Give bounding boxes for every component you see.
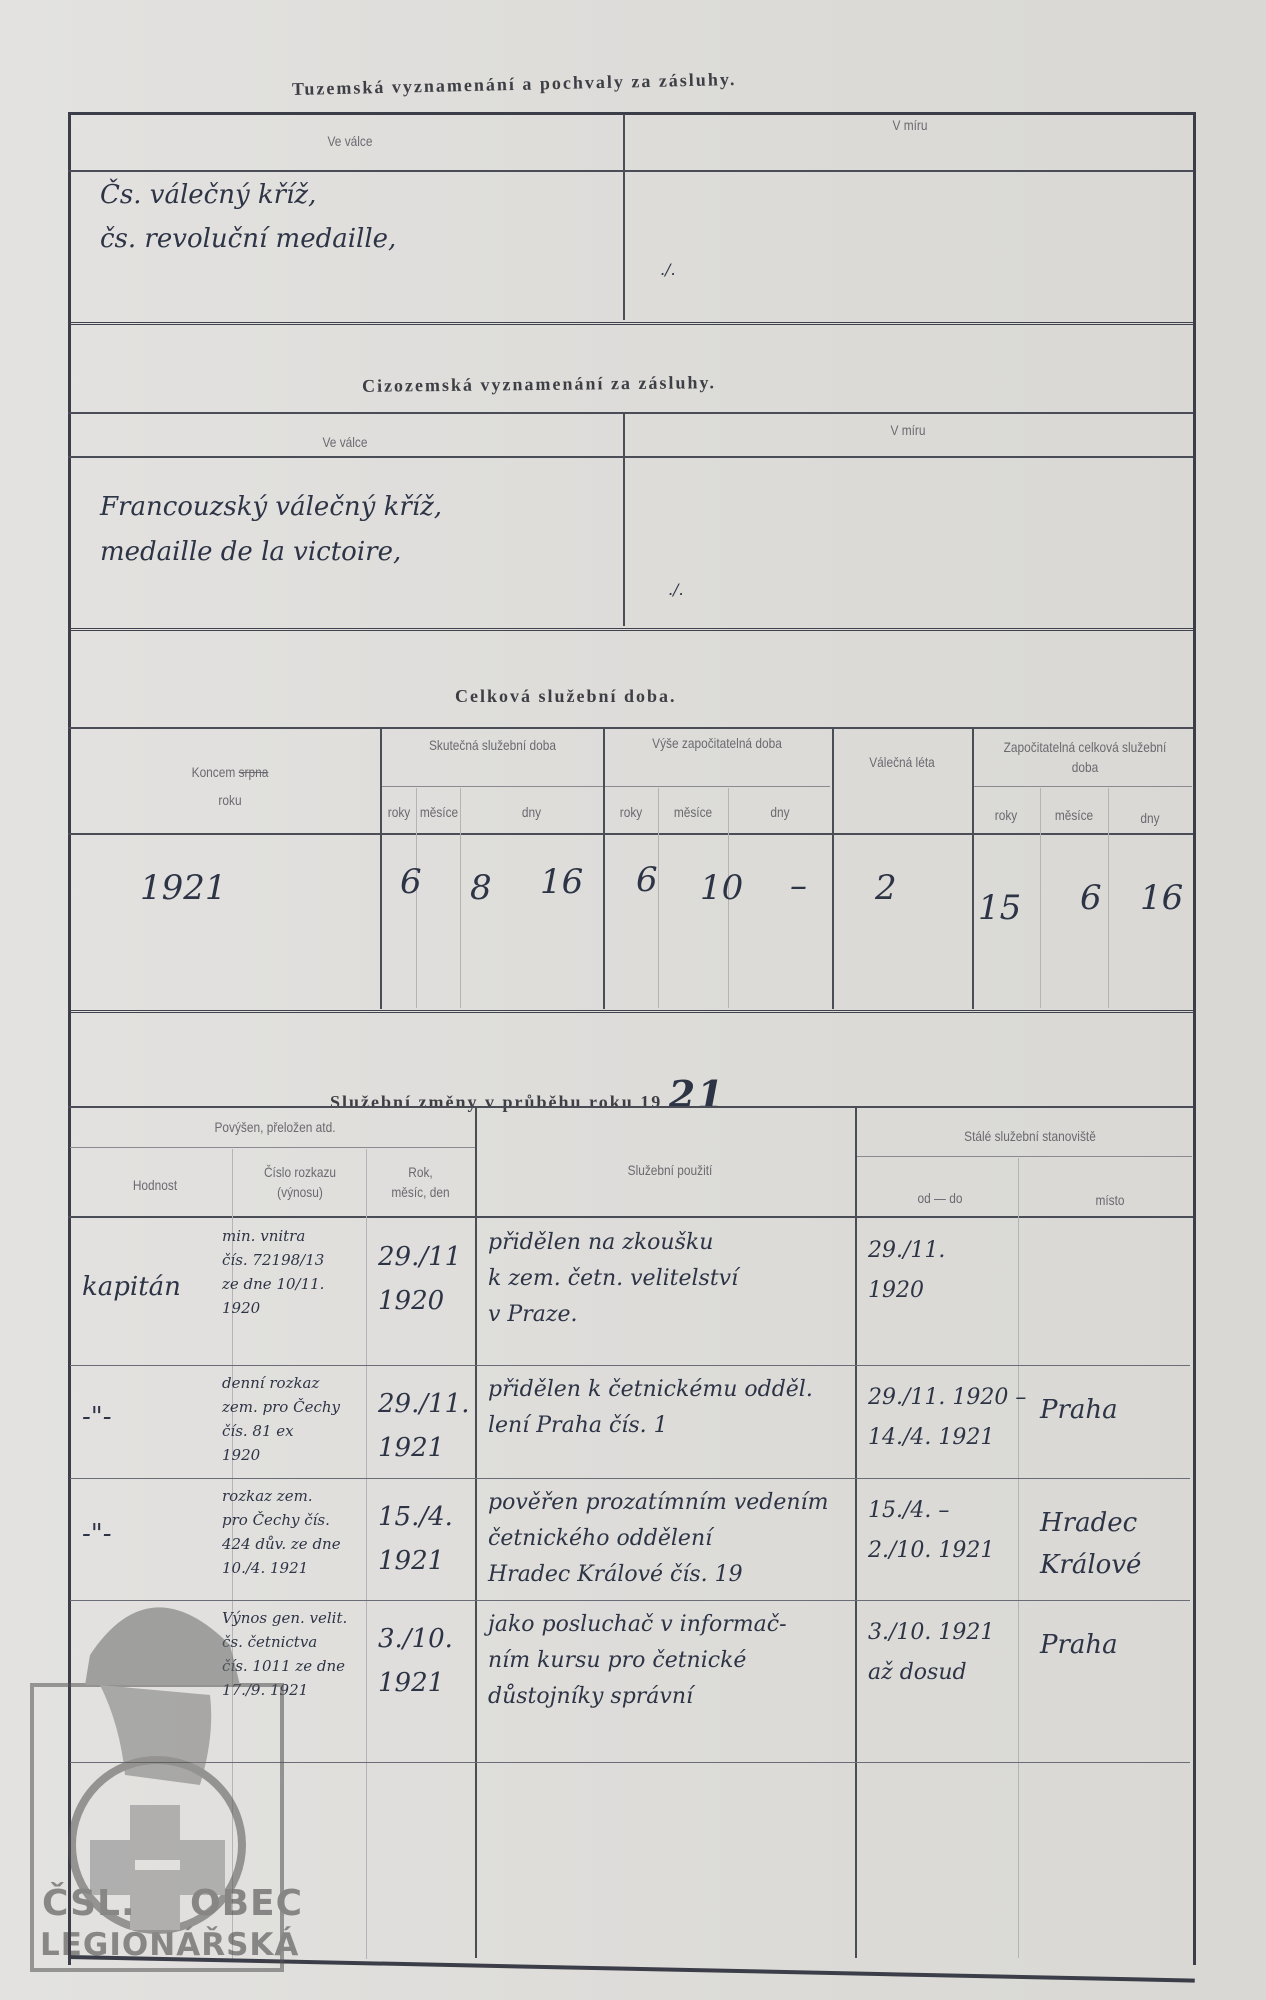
legion-logo-watermark: ČSL. OBEC LEGIONÁŘSKÁ: [30, 1575, 285, 1975]
skutecna-header: Skutečná služební doba: [414, 735, 571, 755]
od-do-cell: 3./10. 1921: [868, 1616, 994, 1650]
pouziti-header: Služební použití: [585, 1160, 755, 1180]
divider: [658, 788, 659, 1008]
sub-header: měsíce: [663, 802, 723, 822]
divider: [832, 729, 834, 1009]
sub-header: roky: [607, 802, 655, 822]
koncem-header: Koncem srpna: [145, 762, 315, 782]
sub-header: měsíce: [419, 802, 458, 822]
section1-col-war: Ve válce: [265, 131, 435, 151]
divider: [603, 729, 605, 1009]
document-page: Tuzemská vyznamenání a pochvaly za záslu…: [0, 0, 1266, 2000]
divider: [974, 786, 1192, 787]
pouziti-cell: četnického oddělení: [488, 1522, 712, 1556]
section2-peace-entry: ./.: [668, 578, 684, 602]
pouziti-cell: k zem. četn. velitelství: [488, 1262, 738, 1296]
cislo-cell: rozkaz zem.: [222, 1484, 313, 1508]
stanoviste-header: Stálé služební stanoviště: [920, 1126, 1141, 1146]
cislo-cell: zem. pro Čechy: [222, 1395, 340, 1419]
zapocitatelna-roky: 15: [978, 888, 1021, 928]
od-do-cell: 2./10. 1921: [868, 1534, 994, 1568]
vyse-header: Výše započitatelná doba: [636, 733, 798, 753]
divider: [68, 727, 1193, 729]
divider: [382, 786, 604, 787]
section2-war-entry: medaille de la victoire,: [100, 535, 401, 569]
divider: [972, 729, 974, 1009]
divider: [857, 1156, 1192, 1157]
section2-war-entry: Francouzský válečný kříž,: [100, 490, 442, 524]
misto-cell: Králové: [1040, 1548, 1141, 1582]
zapocitatelna-header: Započitatelná celková služební doba: [1000, 737, 1170, 777]
sub-header: dny: [471, 802, 593, 822]
pouziti-cell: důstojníky správní: [488, 1680, 693, 1714]
hodnost-header: Hodnost: [91, 1175, 219, 1195]
divider: [475, 1108, 477, 1958]
struck-word: srpna: [239, 764, 269, 780]
row-divider: [70, 1365, 1190, 1366]
od-do-cell: 29./11.: [868, 1234, 945, 1268]
valecna-header: Válečná léta: [851, 752, 953, 772]
datum-cell: 3./10.: [378, 1622, 453, 1656]
divider: [68, 1216, 1193, 1218]
section3-title: Celková služební doba.: [455, 686, 677, 707]
divider: [1018, 1158, 1019, 1958]
pouziti-cell: přidělen k četnickému odděl.: [488, 1373, 813, 1407]
section1-col-peace: V míru: [825, 115, 995, 135]
misto-header: místo: [1051, 1190, 1170, 1210]
zapocitatelna-mesice: 6: [1080, 878, 1102, 918]
cislo-cell: pro Čechy čís.: [222, 1508, 330, 1532]
misto-cell: Hradec: [1040, 1506, 1137, 1540]
section2-col-war: Ve válce: [260, 432, 430, 452]
section1-title: Tuzemská vyznamenání a pochvaly za záslu…: [292, 69, 737, 100]
divider: [623, 414, 625, 626]
cislo-cell: 1920: [222, 1296, 260, 1320]
divider: [68, 833, 1193, 835]
vyse-mesice: 10: [700, 868, 743, 908]
pouziti-cell: přidělen na zkoušku: [488, 1226, 713, 1260]
section4-title: Služební změny v průběhu roku 19 21: [330, 1072, 726, 1117]
datum-cell: 29./11: [378, 1240, 461, 1274]
sub-header: roky: [977, 805, 1035, 825]
sub-header: dny: [736, 802, 824, 822]
pouziti-cell: ním kursu pro četnické: [488, 1644, 746, 1678]
cislo-header: Číslo rozkazu (výnosu): [244, 1162, 356, 1202]
divider: [68, 1106, 1193, 1108]
cislo-cell: ze dne 10/11.: [222, 1272, 324, 1296]
divider: [604, 786, 830, 787]
skutecna-roky: 6: [400, 862, 422, 902]
divider: [68, 322, 1193, 328]
divider: [623, 114, 625, 320]
od-do-header: od — do: [889, 1188, 991, 1208]
cislo-cell: 424 dův. ze dne: [222, 1532, 341, 1556]
row-divider: [70, 1478, 1190, 1479]
cislo-cell: čís. 72198/13: [222, 1248, 324, 1272]
divider: [366, 1149, 367, 1959]
divider: [68, 628, 1193, 634]
service-year: 1921: [140, 868, 227, 908]
vyse-dny: –: [790, 866, 807, 906]
section1-war-entry: Čs. válečný kříž,: [100, 178, 316, 212]
pouziti-cell: jako posluchač v informač-: [488, 1608, 787, 1642]
od-do-cell: 14./4. 1921: [868, 1421, 994, 1455]
datum-cell: 1920: [378, 1284, 444, 1318]
watermark-text: OBEC: [190, 1883, 303, 1924]
section1-war-entry: čs. revoluční medaille,: [100, 222, 396, 256]
cislo-cell: min. vnitra: [222, 1224, 305, 1248]
vyse-roky: 6: [636, 860, 658, 900]
section4-title-year: 21: [669, 1072, 726, 1117]
skutecna-dny: 16: [540, 862, 583, 902]
misto-cell: Praha: [1040, 1393, 1118, 1427]
povysen-header: Povýšen, přeložen atd.: [135, 1117, 416, 1137]
sub-header: měsíce: [1045, 805, 1103, 825]
divider: [68, 170, 1193, 172]
watermark-text: ČSL.: [42, 1883, 136, 1924]
od-do-cell: 29./11. 1920 –: [868, 1381, 1026, 1415]
cislo-cell: čís. 81 ex: [222, 1419, 294, 1443]
divider: [68, 456, 1193, 458]
hodnost-cell: -"-: [82, 1400, 112, 1434]
hodnost-cell: -"-: [82, 1517, 112, 1551]
pouziti-cell: lení Praha čís. 1: [488, 1409, 668, 1443]
od-do-cell: 1920: [868, 1274, 924, 1308]
divider: [1108, 788, 1109, 1008]
misto-cell: Praha: [1040, 1628, 1118, 1662]
sub-header: roky: [383, 802, 415, 822]
zapocitatelna-dny: 16: [1140, 878, 1183, 918]
datum-cell: 29./11.: [378, 1387, 469, 1421]
divider: [1040, 788, 1041, 1008]
skutecna-mesice: 8: [470, 868, 492, 908]
hodnost-cell: kapitán: [82, 1270, 181, 1304]
pouziti-cell: v Praze.: [488, 1298, 577, 1332]
roku-header: roku: [145, 790, 315, 810]
divider: [68, 1010, 1193, 1016]
pouziti-cell: pověřen prozatímním vedením: [488, 1486, 828, 1520]
divider: [855, 1108, 857, 1958]
datum-cell: 1921: [378, 1666, 444, 1700]
section1-peace-entry: ./.: [660, 258, 676, 282]
divider: [68, 412, 1193, 414]
section2-title: Cizozemská vyznamenání za zásluhy.: [362, 372, 716, 397]
od-do-cell: až dosud: [868, 1656, 967, 1690]
divider: [70, 1147, 475, 1148]
pouziti-cell: Hradec Králové čís. 19: [488, 1558, 743, 1592]
datum-cell: 1921: [378, 1431, 444, 1465]
rok-header: Rok, měsíc, den: [374, 1162, 467, 1202]
section2-col-peace: V míru: [823, 420, 993, 440]
sub-header: dny: [1114, 808, 1185, 828]
cislo-cell: denní rozkaz: [222, 1371, 319, 1395]
datum-cell: 15./4.: [378, 1500, 453, 1534]
watermark-text: LEGIONÁŘSKÁ: [40, 1927, 299, 1963]
divider: [460, 788, 461, 1008]
valecna-leta: 2: [875, 868, 897, 908]
divider: [380, 729, 382, 1009]
datum-cell: 1921: [378, 1544, 444, 1578]
od-do-cell: 15./4. –: [868, 1494, 949, 1528]
cislo-cell: 1920: [222, 1443, 260, 1467]
